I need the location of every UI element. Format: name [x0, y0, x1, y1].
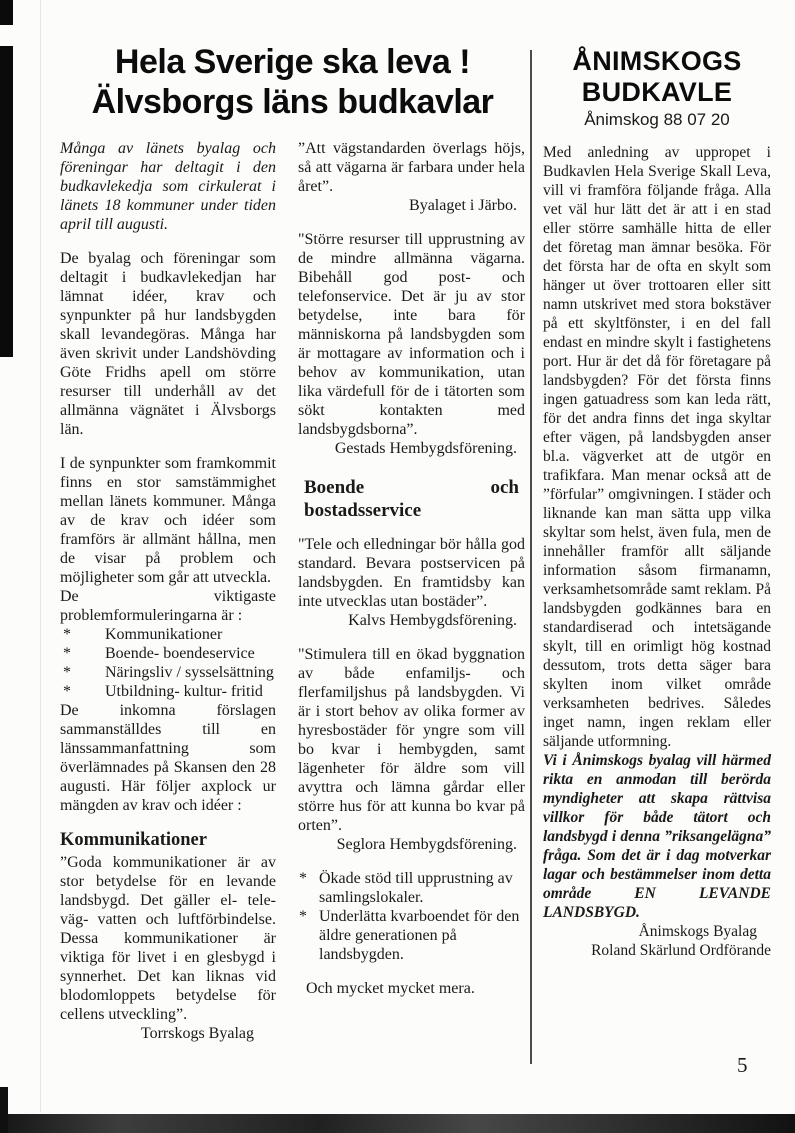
scan-artifact-left-bar — [0, 0, 13, 357]
section-heading-boende: Boende och bostadsservice — [304, 476, 519, 522]
bullet-item: * Ökade stöd till upprustning av samling… — [298, 869, 525, 907]
scan-artifact-corner-mark — [0, 1087, 8, 1133]
main-title-line-2: Älvsborgs läns budkavlar — [60, 82, 525, 122]
main-article-title: Hela Sverige ska leva ! Älvsborgs läns b… — [60, 42, 525, 122]
section-heading-kommunikationer: Kommunikationer — [60, 829, 276, 851]
column-divider-rule — [530, 50, 532, 1064]
quote-paragraph: ”Att vägstandarden överlags höjs, så att… — [298, 139, 525, 196]
scanned-newsletter-page: Hela Sverige ska leva ! Älvsborgs läns b… — [0, 0, 795, 1133]
bullet-text: Näringsliv / sysselsättning — [105, 663, 276, 682]
scan-artifact-bottom-bar — [0, 1114, 795, 1133]
body-paragraph: I de synpunkter som framkommit finns en … — [60, 454, 276, 587]
list-intro: De viktigaste problemformuleringarna är … — [60, 587, 276, 625]
bullet-item: * Boende- boendeservice — [60, 644, 276, 663]
bullet-item: * Utbildning- kultur- fritid — [60, 682, 276, 701]
attribution: Kalvs Hembygdsförening. — [298, 611, 525, 630]
bullet-item: * Underlätta kvarboendet för den äldre g… — [298, 907, 525, 964]
quote-paragraph: ”Goda kommunikationer är av stor betydel… — [60, 853, 276, 1024]
quote-paragraph: "Större resurser till upprustning av de … — [298, 230, 525, 439]
demand-bullet-list: * Ökade stöd till upprustning av samling… — [298, 869, 525, 964]
attribution: Torrskogs Byalag — [60, 1024, 276, 1043]
bullet-text: Boende- boendeservice — [105, 644, 276, 663]
bullet-marker: * — [60, 663, 105, 682]
quote-paragraph: "Tele och elledningar bör hålla god stan… — [298, 535, 525, 611]
dateline: Ånimskog 88 07 20 — [543, 110, 771, 130]
scan-artifact-fold-line — [40, 0, 41, 1112]
bullet-marker: * — [298, 869, 319, 907]
attribution: Gestads Hembygdsförening. — [298, 439, 525, 458]
emphasis-paragraph: Vi i Ånimskogs byalag vill härmed rikta … — [543, 751, 771, 922]
bullet-text: Kommunikationer — [105, 625, 276, 644]
side-title-line-1: ÅNIMSKOGS — [543, 46, 771, 77]
bullet-marker: * — [60, 682, 105, 701]
bullet-item: * Näringsliv / sysselsättning — [60, 663, 276, 682]
closing-line: Och mycket mycket mera. — [298, 979, 525, 998]
column-1: Många av länets byalag och föreningar ha… — [60, 139, 276, 1043]
side-title-line-2: BUDKAVLE — [543, 77, 771, 108]
side-article: ÅNIMSKOGS BUDKAVLE Ånimskog 88 07 20 Med… — [543, 46, 771, 960]
lead-paragraph: Många av länets byalag och föreningar ha… — [60, 139, 276, 234]
main-title-line-1: Hela Sverige ska leva ! — [60, 42, 525, 82]
attribution: Byalaget i Järbo. — [298, 196, 525, 215]
scan-artifact-left-notch — [0, 25, 13, 46]
body-paragraph: De inkomna förslagen sammanställdes till… — [60, 701, 276, 815]
body-paragraph: Med anledning av uppropet i Budkavlen He… — [543, 143, 771, 751]
column-2: ”Att vägstandarden överlags höjs, så att… — [298, 139, 525, 1043]
body-paragraph: De byalag och föreningar som deltagit i … — [60, 249, 276, 439]
topic-bullet-list: * Kommunikationer * Boende- boendeservic… — [60, 625, 276, 701]
bullet-item: * Kommunikationer — [60, 625, 276, 644]
bullet-text: Ökade stöd till upprustning av samlingsl… — [319, 869, 525, 907]
bullet-marker: * — [60, 644, 105, 663]
main-article: Hela Sverige ska leva ! Älvsborgs läns b… — [60, 42, 525, 1043]
attribution: Seglora Hembygdsförening. — [298, 835, 525, 854]
attribution: Roland Skärlund Ordförande — [543, 941, 771, 960]
bullet-text: Underlätta kvarboendet för den äldre gen… — [319, 907, 525, 964]
quote-paragraph: "Stimulera till en ökad byggnation av bå… — [298, 645, 525, 835]
page-number: 5 — [737, 1053, 748, 1078]
bullet-marker: * — [60, 625, 105, 644]
bullet-text: Utbildning- kultur- fritid — [105, 682, 276, 701]
bullet-marker: * — [298, 907, 319, 964]
main-article-columns: Många av länets byalag och föreningar ha… — [60, 139, 525, 1043]
side-article-title: ÅNIMSKOGS BUDKAVLE — [543, 46, 771, 108]
attribution: Ånimskogs Byalag — [543, 922, 771, 941]
